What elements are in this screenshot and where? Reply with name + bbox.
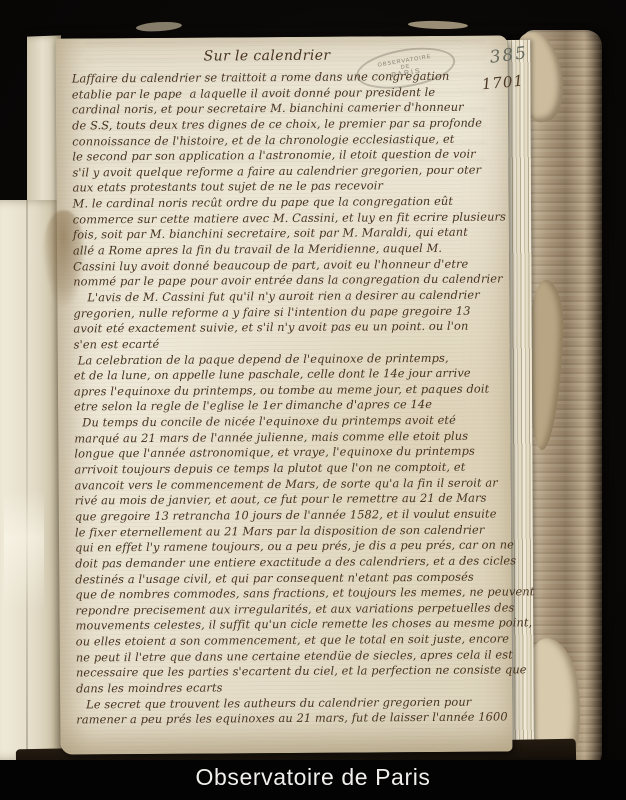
book-fore-edge <box>522 30 602 772</box>
manuscript-line: ramener a peu prés les equinoxes au 21 m… <box>76 710 502 729</box>
page-title: Sur le calendrier <box>204 48 331 65</box>
manuscript-page: OBSERVATOIRE DE PARIS 385 1701 Sur le ca… <box>56 35 513 754</box>
manuscript-line: avoit eté exactement suivie, et s'il n'y… <box>73 319 499 338</box>
caption-text: Observatoire de Paris <box>0 764 626 791</box>
photo-frame: OBSERVATOIRE DE PARIS 385 1701 Sur le ca… <box>0 0 626 800</box>
manuscript-text: Laffaire du calendrier se traittoit a ro… <box>72 68 503 728</box>
manuscript-line: necessaire que les parties s'ecartent du… <box>76 663 502 682</box>
